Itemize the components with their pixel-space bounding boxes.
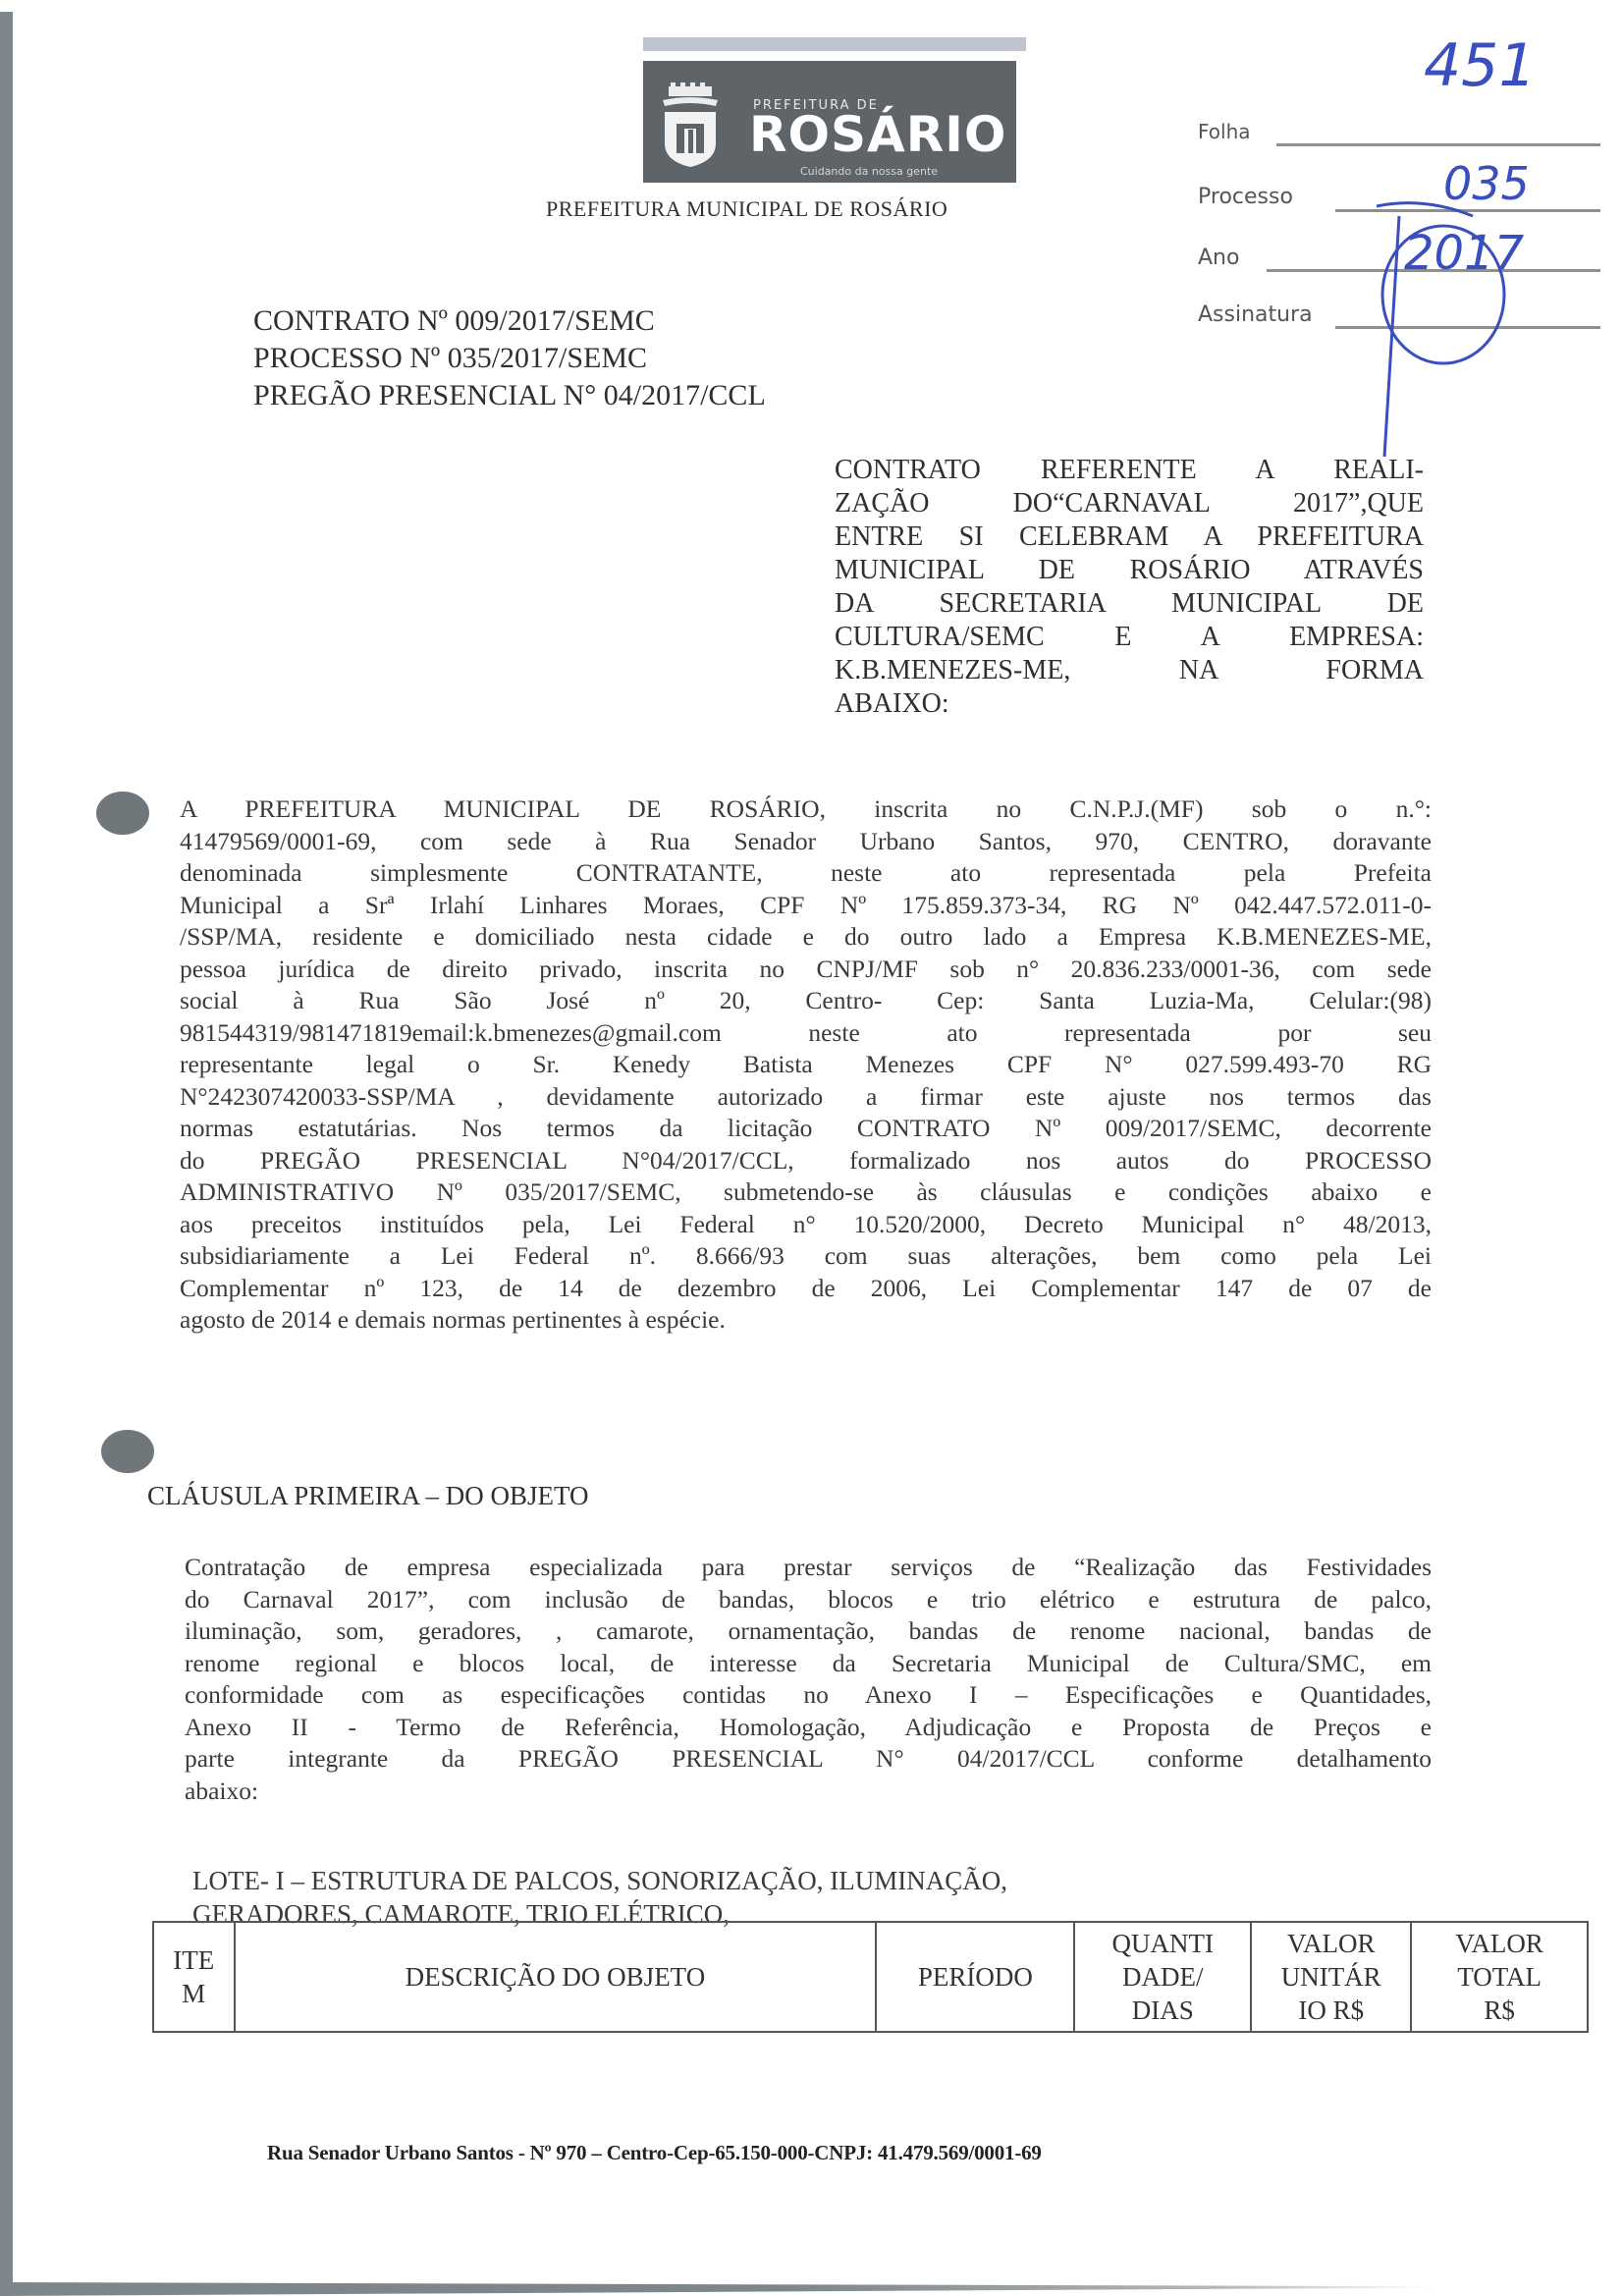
summary-line: ABAIXO: <box>835 687 1424 721</box>
header-text: R$ <box>1416 1994 1583 2027</box>
page-footer-address: Rua Senador Urbano Santos - Nº 970 – Cen… <box>267 2141 1042 2165</box>
clause-line: conformidade com as especificações conti… <box>185 1679 1432 1712</box>
header-text: M <box>158 1977 230 2010</box>
prefeitura-logo: PREFEITURA DE ROSÁRIO Cuidando da nossa … <box>643 61 1016 183</box>
lot-heading-line: LOTE- I – ESTRUTURA DE PALCOS, SONORIZAÇ… <box>192 1864 1007 1897</box>
preamble-line: 981544319/981471819email:k.bmenezes@gmai… <box>180 1017 1432 1050</box>
header-text: DADE/ <box>1079 1960 1246 1994</box>
summary-line: DA SECRETARIA MUNICIPAL DE <box>835 587 1424 621</box>
summary-line: CULTURA/SEMC E A EMPRESA: <box>835 621 1424 654</box>
header-text: ITE <box>158 1943 230 1977</box>
col-total-value: VALOR TOTAL R$ <box>1411 1922 1588 2032</box>
auction-number: PREGÃO PRESENCIAL N° 04/2017/CCL <box>253 377 766 414</box>
preamble-line: Complementar nº 123, de 14 de dezembro d… <box>180 1273 1432 1305</box>
header-text: IO R$ <box>1256 1994 1406 2027</box>
col-period: PERÍODO <box>876 1922 1074 2032</box>
clause-1-body: Contratação de empresa especializada par… <box>185 1552 1432 1807</box>
org-title: PREFEITURA MUNICIPAL DE ROSÁRIO <box>546 196 947 222</box>
clause-line: Anexo II - Termo de Referência, Homologa… <box>185 1712 1432 1744</box>
col-quantity: QUANTI DADE/ DIAS <box>1074 1922 1251 2032</box>
preamble-line: pessoa jurídica de direito privado, insc… <box>180 954 1432 986</box>
preamble-paragraph: A PREFEITURA MUNICIPAL DE ROSÁRIO, inscr… <box>180 793 1432 1337</box>
clause-line: parte integrante da PREGÃO PRESENCIAL N°… <box>185 1743 1432 1776</box>
coat-of-arms-icon <box>661 82 720 167</box>
summary-line: ZAÇÃO DO“CARNAVAL 2017”,QUE <box>835 487 1424 520</box>
clause-line: do Carnaval 2017”, com inclusão de banda… <box>185 1584 1432 1616</box>
header-text: QUANTI <box>1079 1927 1246 1960</box>
preamble-line: 41479569/0001-69, com sede à Rua Senador… <box>180 826 1432 858</box>
preamble-line: normas estatutárias. Nos termos da licit… <box>180 1113 1432 1145</box>
summary-line: K.B.MENEZES-ME, NA FORMA <box>835 654 1424 687</box>
header-text: DIAS <box>1079 1994 1246 2027</box>
clause-1-title: CLÁUSULA PRIMEIRA – DO OBJETO <box>147 1481 589 1511</box>
clause-line: Contratação de empresa especializada par… <box>185 1552 1432 1584</box>
preamble-line: /SSP/MA, residente e domiciliado nesta c… <box>180 921 1432 954</box>
scan-left-border <box>0 12 13 2296</box>
header-text: PERÍODO <box>881 1960 1069 1994</box>
punch-hole-top <box>96 792 149 835</box>
col-item: ITE M <box>153 1922 235 2032</box>
preamble-line: ADMINISTRATIVO Nº 035/2017/SEMC, submete… <box>180 1176 1432 1209</box>
contract-number: CONTRATO Nº 009/2017/SEMC <box>253 302 766 340</box>
header-text: UNITÁR <box>1256 1960 1406 1994</box>
punch-hole-bottom <box>101 1430 154 1473</box>
preamble-line: aos preceitos instituídos pela, Lei Fede… <box>180 1209 1432 1241</box>
summary-line: MUNICIPAL DE ROSÁRIO ATRAVÉS <box>835 554 1424 587</box>
preamble-line: representante legal o Sr. Kenedy Batista… <box>180 1049 1432 1081</box>
logo-name: ROSÁRIO <box>749 110 1006 159</box>
header-text: VALOR <box>1416 1927 1583 1960</box>
signature-scribble-icon <box>1198 59 1610 471</box>
table-header-row: ITE M DESCRIÇÃO DO OBJETO PERÍODO QUANTI… <box>153 1922 1588 2032</box>
contract-summary: CONTRATO REFERENTE A REALI- ZAÇÃO DO“CAR… <box>835 454 1424 721</box>
col-unit-value: VALOR UNITÁR IO R$ <box>1251 1922 1411 2032</box>
preamble-line: subsidiariamente a Lei Federal nº. 8.666… <box>180 1240 1432 1273</box>
process-number: PROCESSO Nº 035/2017/SEMC <box>253 340 766 377</box>
preamble-line: social à Rua São José nº 20, Centro- Cep… <box>180 985 1432 1017</box>
clause-line: iluminação, som, geradores, , camarote, … <box>185 1615 1432 1648</box>
preamble-line: Municipal a Srª Irlahí Linhares Moraes, … <box>180 890 1432 922</box>
logo-top-strip <box>643 37 1026 51</box>
preamble-line: do PREGÃO PRESENCIAL N°04/2017/CCL, form… <box>180 1145 1432 1177</box>
header-text: TOTAL <box>1416 1960 1583 1994</box>
protocol-stamp: Folha Processo Ano Assinatura 451 035 20… <box>1198 59 1610 295</box>
contract-identification: CONTRATO Nº 009/2017/SEMC PROCESSO Nº 03… <box>253 302 766 414</box>
scan-bottom-border <box>0 2282 1434 2296</box>
items-table: ITE M DESCRIÇÃO DO OBJETO PERÍODO QUANTI… <box>152 1921 1589 2033</box>
header-text: VALOR <box>1256 1927 1406 1960</box>
clause-line: renome regional e blocos local, de inter… <box>185 1648 1432 1680</box>
preamble-line: A PREFEITURA MUNICIPAL DE ROSÁRIO, inscr… <box>180 793 1432 826</box>
col-description: DESCRIÇÃO DO OBJETO <box>235 1922 877 2032</box>
summary-line: CONTRATO REFERENTE A REALI- <box>835 454 1424 487</box>
header-text: DESCRIÇÃO DO OBJETO <box>240 1960 872 1994</box>
preamble-line: agosto de 2014 e demais normas pertinent… <box>180 1304 1432 1337</box>
summary-line: ENTRE SI CELEBRAM A PREFEITURA <box>835 520 1424 554</box>
logo-tagline: Cuidando da nossa gente <box>800 165 938 178</box>
clause-line: abaixo: <box>185 1776 1432 1808</box>
preamble-line: denominada simplesmente CONTRATANTE, nes… <box>180 857 1432 890</box>
preamble-line: N°242307420033-SSP/MA , devidamente auto… <box>180 1081 1432 1114</box>
